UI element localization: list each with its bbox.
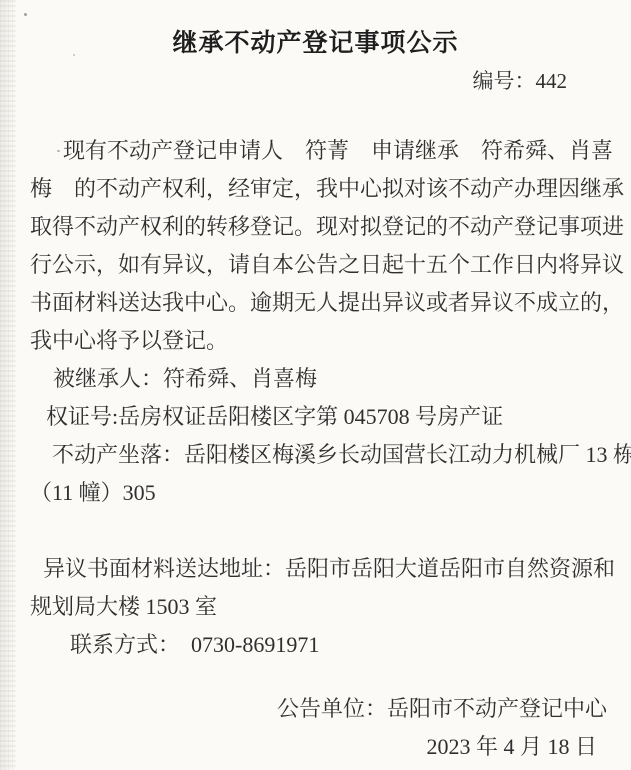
objection-address-line: 异议书面材料送达地址：岳阳市岳阳大道岳阳市自然资源和 [30, 550, 631, 588]
objection-section: 异议书面材料送达地址：岳阳市岳阳大道岳阳市自然资源和 规划局大楼 1503 室 … [30, 550, 631, 664]
paragraph-line-4: 行公示，如有异议，请自本公告之日起十五个工作日内将异议 [30, 246, 631, 284]
document-footer: 公告单位：岳阳市不动产登记中心 2023 年 4 月 18 日 [0, 690, 631, 766]
property-location-line: 不动产坐落：岳阳楼区梅溪乡长动国营长江动力机械厂 13 栋 [30, 436, 631, 474]
paragraph-line-2: 梅 的不动产权利，经审定，我中心拟对该不动产办理因继承 [30, 170, 631, 208]
issuing-authority-line: 公告单位：岳阳市不动产登记中心 [0, 690, 631, 728]
document-body: 现有不动产登记申请人 符菁 申请继承 符希舜、肖喜 梅 的不动产权利，经审定，我… [0, 132, 631, 664]
heirs-line: 被继承人：符希舜、肖喜梅 [30, 360, 631, 398]
issue-date-line: 2023 年 4 月 18 日 [0, 728, 631, 766]
notice-document-page: 继承不动产登记事项公示 编号：442 现有不动产登记申请人 符菁 申请继承 符希… [0, 0, 631, 770]
paragraph-line-3: 取得不动产权利的转移登记。现对拟登记的不动产登记事项进 [30, 208, 631, 246]
certificate-number-line: 权证号:岳房权证岳阳楼区字第 045708 号房产证 [30, 398, 631, 436]
objection-address-continuation: 规划局大楼 1503 室 [30, 588, 631, 626]
paragraph-line-6: 我中心将予以登记。 [30, 322, 631, 360]
paragraph-line-1: 现有不动产登记申请人 符菁 申请继承 符希舜、肖喜 [30, 132, 631, 170]
property-location-continuation: （11 幢）305 [30, 474, 631, 512]
paragraph-line-5: 书面材料送达我中心。逾期无人提出异议或者异议不成立的， [30, 284, 631, 322]
contact-phone-line: 联系方式： 0730-8691971 [30, 626, 631, 664]
document-number: 编号：442 [0, 67, 631, 96]
document-title: 继承不动产登记事项公示 [0, 0, 631, 61]
